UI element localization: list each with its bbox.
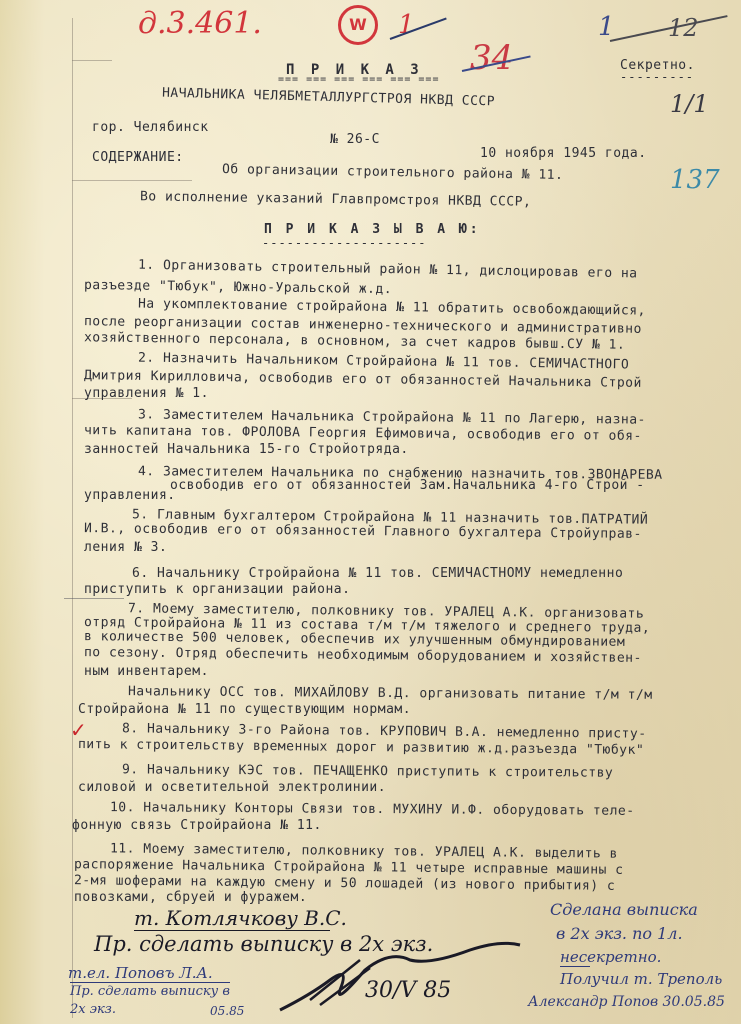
- body-line: Стройрайона № 11 по существующим нормам.: [78, 702, 411, 717]
- body-line: фонную связь Стройрайона № 11.: [72, 818, 322, 833]
- handwritten-note-line2: 2х экз.: [70, 1002, 116, 1017]
- page-fraction-annotation: 1/1: [670, 90, 709, 118]
- handwritten-small-date: 05.85: [210, 1004, 244, 1018]
- body-line: повозками, сбруей и фуражем.: [74, 890, 307, 905]
- circled-mark: W: [338, 5, 378, 45]
- body-line: управления.: [84, 488, 176, 503]
- content-label: СОДЕРЖАНИЕ:: [92, 150, 184, 165]
- sheet-number-annotation: 34: [470, 38, 513, 78]
- addressee2-underline: [70, 982, 230, 983]
- title-underline: === === === === === ===: [278, 74, 439, 85]
- handwritten-note-line1: Пр. сделать выписку в: [70, 984, 230, 999]
- city: гор. Челябинск: [92, 120, 209, 135]
- body-line: ления № 3.: [84, 540, 167, 555]
- blue-number-annotation: 1: [598, 12, 615, 42]
- margin-number-annotation: 137: [670, 165, 720, 195]
- body-line: 6. Начальнику Стройрайона № 11 тов. СЕМИ…: [132, 566, 623, 581]
- order-date: 10 ноября 1945 года.: [480, 146, 647, 161]
- body-line: управления № 1.: [84, 386, 209, 401]
- addressee-underline: [134, 930, 330, 931]
- handwritten-addressee-2: т.ел. Поповъ Л.А.: [68, 964, 213, 982]
- right-note-line: несекретно.: [560, 948, 661, 966]
- signature-date: 30/V 85: [365, 978, 451, 1003]
- secret-underline: ---------: [620, 70, 694, 84]
- body-line: освободив его от обязанностей Зам.Началь…: [170, 478, 645, 493]
- body-line: ным инвентарем.: [84, 664, 209, 679]
- archive-ref-annotation: д.3.461.: [138, 6, 262, 41]
- right-note-line: Сделана выписка: [550, 900, 698, 919]
- order-word: П Р И К А З Ы В А Ю:: [264, 222, 481, 237]
- order-word-underline: --------------------: [262, 236, 427, 250]
- box-top-line: [72, 60, 112, 61]
- handwritten-addressee: т. Котлячкову В.С.: [134, 906, 347, 930]
- margin-line: [72, 18, 73, 1018]
- box-divider-line: [72, 180, 192, 181]
- margin-dash: [64, 598, 124, 599]
- right-note-line: Получил т. Треполь: [560, 970, 722, 988]
- body-line: приступить к организации района.: [84, 582, 350, 597]
- right-note-underline: [560, 966, 590, 967]
- right-note-line: в 2х экз. по 1л.: [556, 924, 683, 943]
- body-line: силовой и осветительной электролинии.: [78, 780, 386, 795]
- body-line: занностей Начальника 15-го Стройотряда.: [84, 442, 409, 457]
- right-note-line: Александр Попов 30.05.85: [528, 994, 725, 1010]
- order-number: № 26-С: [330, 132, 380, 147]
